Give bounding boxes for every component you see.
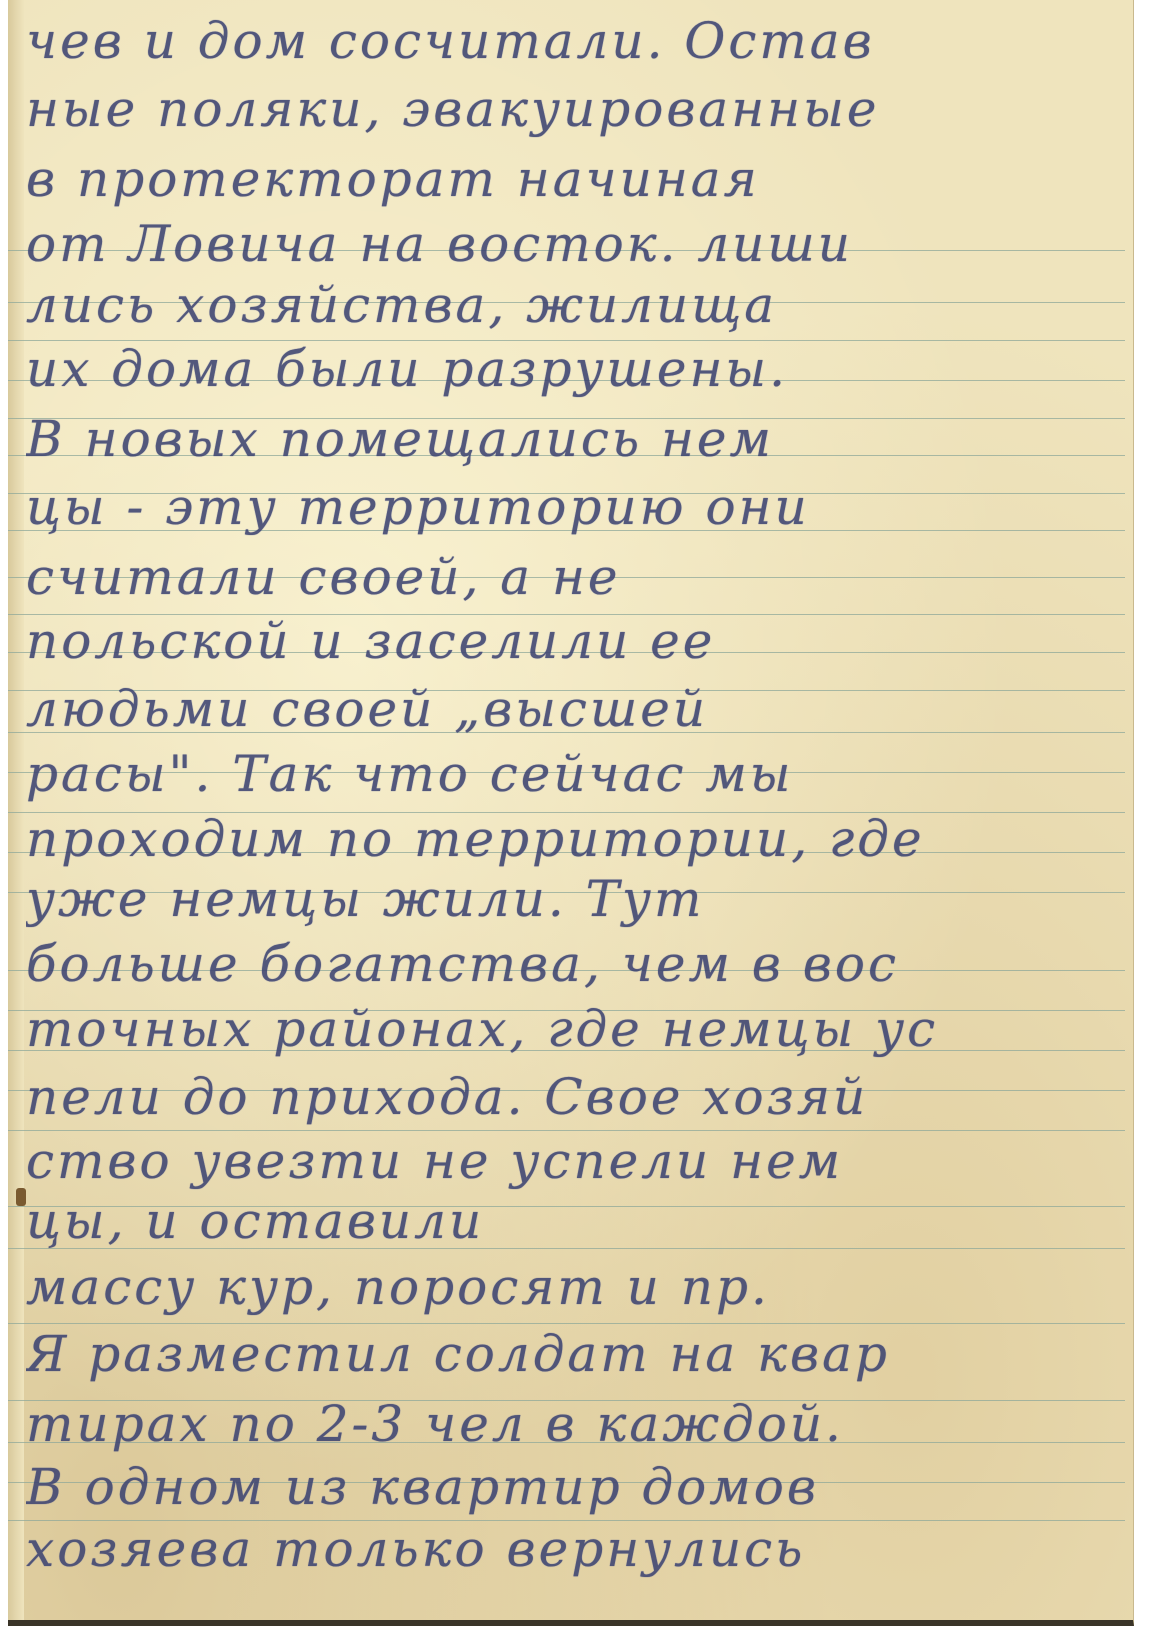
text-line: их дома были разрушены. (26, 340, 1123, 420)
text-line: Я разместил солдат на квар (26, 1325, 1123, 1405)
notebook-page: чев и дом сосчитали. Остав ные поляки, э… (8, 0, 1134, 1626)
page-spine (8, 0, 24, 1620)
text-line: ные поляки, эвакуированные (26, 80, 1123, 160)
binding-stain (16, 1188, 26, 1206)
text-line: хозяева только вернулись (26, 1520, 1123, 1600)
text-line: цы - эту территорию они (26, 478, 1123, 558)
